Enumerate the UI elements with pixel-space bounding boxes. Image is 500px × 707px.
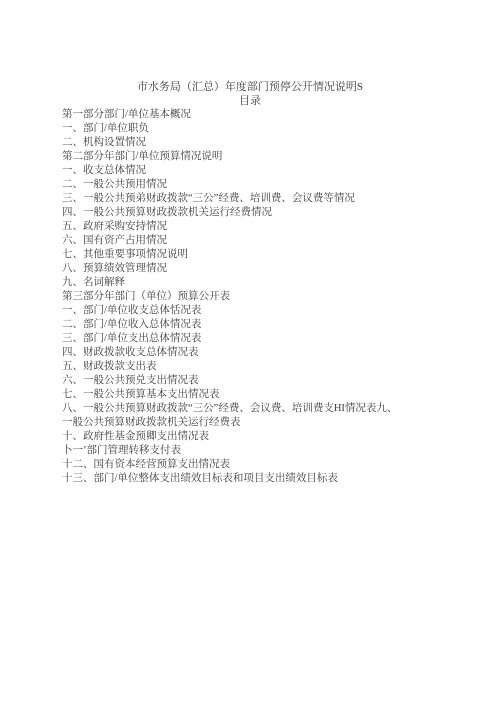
toc-line: 三、一般公共预弟财政拨款“三公”经费、培训费、会议费等情况 — [62, 192, 460, 206]
toc-line: 四、财政拨款收支总体情况表 — [62, 346, 460, 360]
toc-line: 一、部门/单位收支总体恬况表 — [62, 304, 460, 318]
toc-line: 二、部门/单位收入总体情况表 — [62, 318, 460, 332]
toc-line: 第三部分年部门（单位）预算公开表 — [62, 290, 460, 304]
toc-line: 第一部分部门/单位基本概况 — [62, 108, 460, 122]
toc-list: 第一部分部门/单位基本概况一、部门/单位职负二、机构设置情况第二部分年部门/单位… — [0, 108, 500, 486]
toc-line: 二、机构设置情况 — [62, 136, 460, 150]
toc-line: 一、收支总体情况 — [62, 164, 460, 178]
document-content: 市水务局（汇总）年度部门预停公开情况说明S 目录 第一部分部门/单位基本概况一、… — [0, 80, 500, 486]
toc-line: 三、部门/单位支出总体情况表 — [62, 332, 460, 346]
toc-line: 九、名词解释 — [62, 276, 460, 290]
toc-line: 卜一’部门管理转移支付表 — [62, 444, 460, 458]
toc-line: 八、一般公共预算财政拨款“三公”经费、会议费、培训费支HI情况表九、 — [62, 402, 460, 416]
toc-line: 六、国有资产占用情况 — [62, 234, 460, 248]
toc-line: 五、政府采购安持情况 — [62, 220, 460, 234]
toc-line: 十三、部门/单位整体支出绩效目标表和项目支出绩效目标表 — [62, 472, 460, 486]
toc-line: 一般公共预算财政拨款机关运行经费表 — [62, 416, 460, 430]
toc-line: 十二、国有资本经营预算支出情况表 — [62, 458, 460, 472]
toc-line: 十、政府性基金预卿支出情况表 — [62, 430, 460, 444]
toc-line: 六、一般公共预兑支出情况表 — [62, 374, 460, 388]
toc-line: 七、一般公共预算基本支出情况表 — [62, 388, 460, 402]
toc-heading: 目录 — [0, 94, 500, 108]
toc-line: 一、部门/单位职负 — [62, 122, 460, 136]
toc-line: 五、财政拨款支出表 — [62, 360, 460, 374]
toc-line: 八、预算绩效管理情况 — [62, 262, 460, 276]
document-title: 市水务局（汇总）年度部门预停公开情况说明S — [0, 80, 500, 94]
toc-line: 七、其他重要事项情况说明 — [62, 248, 460, 262]
toc-line: 四、一般公共预算财政拨款机关运行经费情况 — [62, 206, 460, 220]
toc-line: 二、一般公共预用情况 — [62, 178, 460, 192]
toc-line: 第二部分年部门/单位预算情况说明 — [62, 150, 460, 164]
document-page: 市水务局（汇总）年度部门预停公开情况说明S 目录 第一部分部门/单位基本概况一、… — [0, 0, 500, 707]
